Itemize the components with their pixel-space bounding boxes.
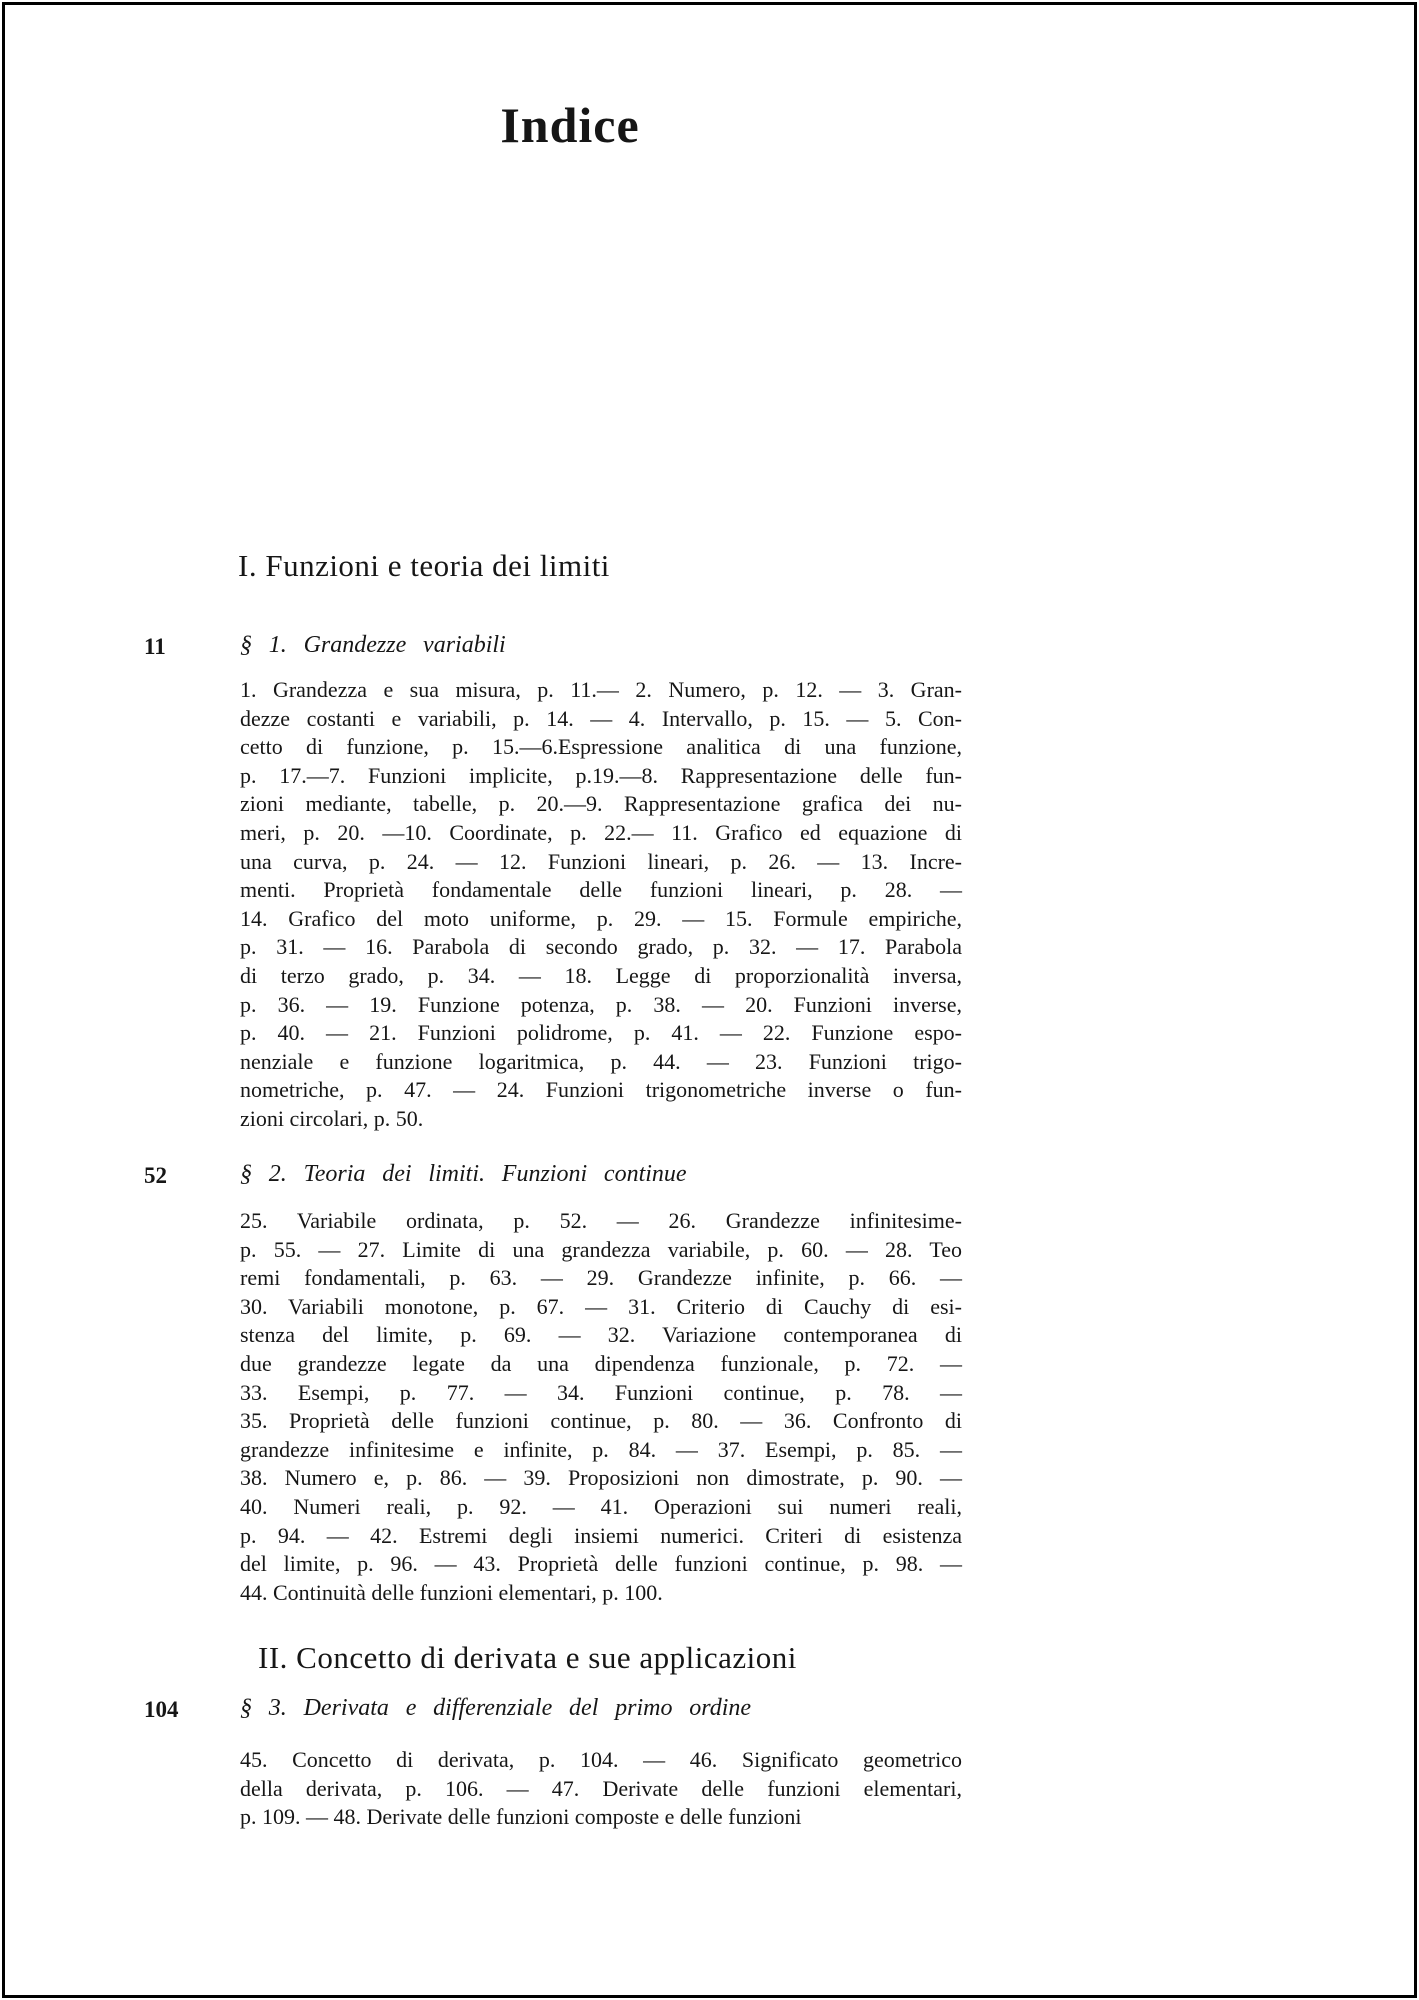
toc-line: p. 40. — 21. Funzioni polidrome, p. 41. … [240, 1019, 962, 1048]
toc-paragraph-1: 1. Grandezza e sua misura, p. 11.— 2. Nu… [240, 676, 962, 1134]
toc-line: p. 36. — 19. Funzione potenza, p. 38. — … [240, 991, 962, 1020]
section-heading-1: § 1. Grandezze variabili [240, 632, 506, 659]
toc-line: della derivata, p. 106. — 47. Derivate d… [240, 1775, 962, 1804]
toc-line: una curva, p. 24. — 12. Funzioni lineari… [240, 848, 962, 877]
toc-line: p. 17.—7. Funzioni implicite, p.19.—8. R… [240, 762, 962, 791]
toc-line: nenziale e funzione logaritmica, p. 44. … [240, 1048, 962, 1077]
toc-line: dezze costanti e variabili, p. 14. — 4. … [240, 705, 962, 734]
toc-line: remi fondamentali, p. 63. — 29. Grandezz… [240, 1264, 962, 1293]
toc-line: 44. Continuità delle funzioni elementari… [240, 1579, 962, 1608]
toc-line: 1. Grandezza e sua misura, p. 11.— 2. Nu… [240, 676, 962, 705]
toc-line: 14. Grafico del moto uniforme, p. 29. — … [240, 905, 962, 934]
toc-line: 30. Variabili monotone, p. 67. — 31. Cri… [240, 1293, 962, 1322]
toc-line: p. 55. — 27. Limite di una grandezza var… [240, 1236, 962, 1265]
toc-line: del limite, p. 96. — 43. Proprietà delle… [240, 1550, 962, 1579]
chapter-heading-2: II. Concetto di derivata e sue applicazi… [258, 1640, 797, 1676]
toc-line: menti. Proprietà fondamentale delle funz… [240, 876, 962, 905]
section-heading-2: § 2. Teoria dei limiti. Funzioni continu… [240, 1161, 687, 1188]
margin-page-number-1: 11 [144, 634, 204, 660]
chapter-heading-1: I. Funzioni e teoria dei limiti [238, 548, 610, 584]
margin-page-number-2: 52 [144, 1163, 204, 1189]
toc-line: p. 109. — 48. Derivate delle funzioni co… [240, 1803, 962, 1832]
toc-line: meri, p. 20. —10. Coordinate, p. 22.— 11… [240, 819, 962, 848]
toc-line: 25. Variabile ordinata, p. 52. — 26. Gra… [240, 1207, 962, 1236]
margin-page-number-3: 104 [144, 1697, 204, 1723]
toc-paragraph-3: 45. Concetto di derivata, p. 104. — 46. … [240, 1746, 962, 1832]
page-title: Indice [0, 96, 1140, 154]
toc-line: 38. Numero e, p. 86. — 39. Proposizioni … [240, 1464, 962, 1493]
toc-line: 40. Numeri reali, p. 92. — 41. Operazion… [240, 1493, 962, 1522]
toc-line: 45. Concetto di derivata, p. 104. — 46. … [240, 1746, 962, 1775]
toc-line: zioni circolari, p. 50. [240, 1105, 962, 1134]
toc-line: 33. Esempi, p. 77. — 34. Funzioni contin… [240, 1379, 962, 1408]
toc-line: due grandezze legate da una dipendenza f… [240, 1350, 962, 1379]
toc-line: p. 31. — 16. Parabola di secondo grado, … [240, 933, 962, 962]
toc-line: zioni mediante, tabelle, p. 20.—9. Rappr… [240, 790, 962, 819]
toc-line: nometriche, p. 47. — 24. Funzioni trigon… [240, 1076, 962, 1105]
toc-line: di terzo grado, p. 34. — 18. Legge di pr… [240, 962, 962, 991]
section-heading-3: § 3. Derivata e differenziale del primo … [240, 1695, 751, 1722]
toc-line: cetto di funzione, p. 15.—6.Espressione … [240, 733, 962, 762]
toc-line: grandezze infinitesime e infinite, p. 84… [240, 1436, 962, 1465]
book-index-page: Indice I. Funzioni e teoria dei limiti 1… [0, 0, 1419, 2000]
toc-line: stenza del limite, p. 69. — 32. Variazio… [240, 1321, 962, 1350]
toc-line: 35. Proprietà delle funzioni continue, p… [240, 1407, 962, 1436]
toc-paragraph-2: 25. Variabile ordinata, p. 52. — 26. Gra… [240, 1207, 962, 1607]
toc-line: p. 94. — 42. Estremi degli insiemi numer… [240, 1522, 962, 1551]
